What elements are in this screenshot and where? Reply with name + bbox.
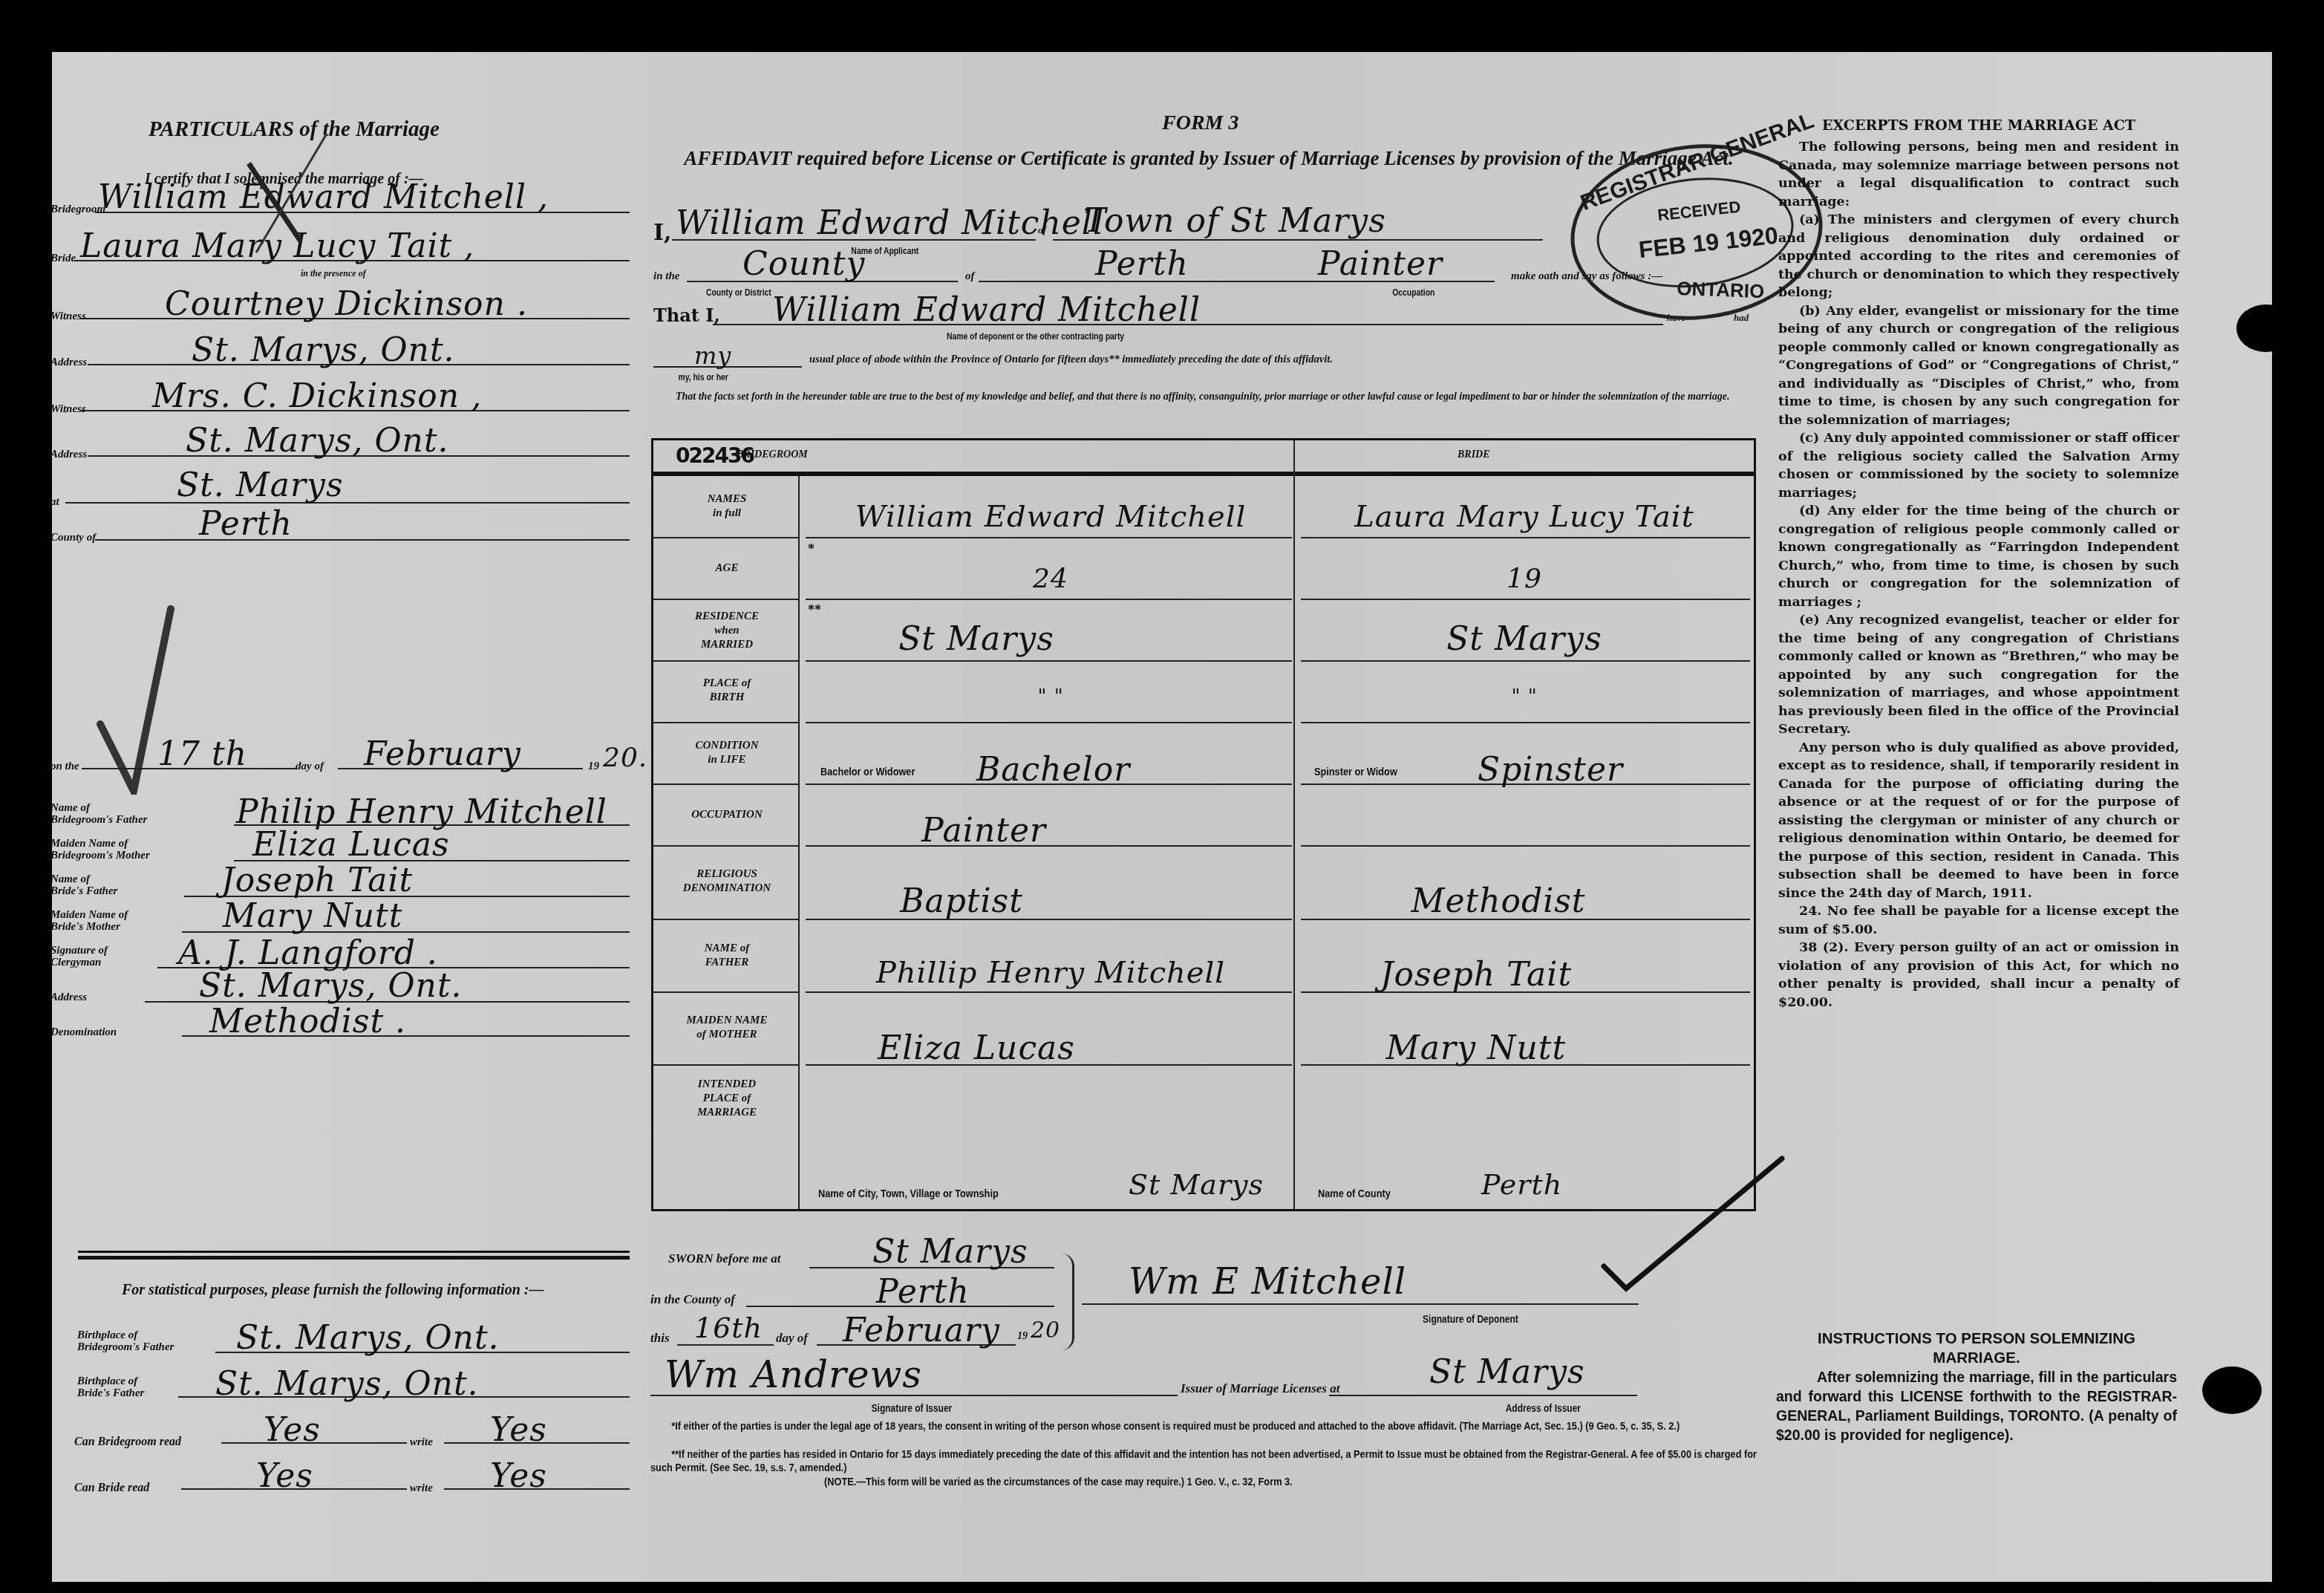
row-label-intended-place: INTENDED PLACE of MARRIAGE <box>653 1078 800 1120</box>
sworn-year-suffix: 20 <box>1031 1317 1060 1343</box>
bride-father-birthplace-value: St. Marys, Ont. <box>215 1365 479 1403</box>
issuer-address: St Marys <box>1429 1353 1585 1391</box>
row-label-condition: CONDITION in LIFE <box>653 739 800 767</box>
facts-text: That the facts set forth in the hereunde… <box>653 390 1745 404</box>
bride-condition: Spinster <box>1478 751 1623 789</box>
groom-residence: St Marys <box>806 620 1147 658</box>
col-header-bridegroom: BRIDEGROOM <box>737 449 808 461</box>
address-2-label: Address <box>50 449 87 460</box>
groom-birthplace: " " <box>806 685 1296 708</box>
groom-age: 24 <box>806 564 1296 594</box>
bride-read-value: Yes <box>256 1457 313 1495</box>
age-footnote-marker: * <box>808 541 815 557</box>
had-label: had <box>1734 312 1749 324</box>
sworn-month: February <box>843 1312 1000 1349</box>
groom-father-name: Phillip Henry Mitchell <box>806 956 1296 990</box>
pronoun-caption: my, his or her <box>678 371 728 382</box>
sworn-day: 16th <box>694 1312 763 1344</box>
at-value: St. Marys <box>177 466 344 504</box>
excerpt-residence: Any person who is duly qualified as abov… <box>1778 739 2179 903</box>
brace <box>1062 1254 1074 1350</box>
issuer-at-label: Issuer of Marriage Licenses at <box>1181 1381 1339 1396</box>
of-label: of <box>1038 224 1046 236</box>
bride-residence: St Marys <box>1298 620 1751 658</box>
groom-condition: Bachelor <box>976 751 1130 789</box>
groom-father-birthplace-value: St. Marys, Ont. <box>236 1319 500 1357</box>
excerpt-c: (c) Any duly appointed commissioner or s… <box>1778 429 2179 502</box>
row-label-occupation: OCCUPATION <box>653 808 800 822</box>
bride-mother-maiden: Mary Nutt <box>1298 1029 1654 1067</box>
sworn-year-prefix: 19 <box>1017 1331 1028 1343</box>
verification-check-icon <box>1596 1144 1789 1300</box>
groom-occupation: Painter <box>806 812 1162 850</box>
row-label-residence: RESIDENCE when MARRIED <box>653 610 800 652</box>
intended-city: St Marys <box>1129 1168 1264 1201</box>
occupation-value: Painter <box>1318 245 1443 283</box>
bride-condition-caption: Spinster or Widow <box>1314 766 1397 778</box>
county-value: Perth <box>199 505 293 543</box>
marriage-year-suffix: 20. <box>603 743 647 773</box>
punch-hole-top <box>2236 304 2296 352</box>
footnote-age: *If either of the parties is under the l… <box>650 1420 1761 1433</box>
deponent-name: William Edward Mitchell <box>772 291 1201 329</box>
day-of-label: day of <box>296 760 324 772</box>
witness-1-value: Courtney Dickinson . <box>165 285 528 323</box>
witness-2-label: Witness <box>50 403 86 415</box>
instructions-body: After solemnizing the marriage, fill in … <box>1776 1368 2177 1445</box>
issuer-address-caption: Address of Issuer <box>1506 1402 1581 1415</box>
clergy-address-value: St. Marys, Ont. <box>199 967 463 1005</box>
year-prefix: 19 <box>588 760 599 772</box>
excerpt-b: (b) Any elder, evangelist or missionary … <box>1778 302 2179 430</box>
address-2-value: St. Marys, Ont. <box>186 422 449 460</box>
groom-mother-maiden: Eliza Lucas <box>806 1029 1147 1067</box>
punch-hole-bottom <box>2202 1366 2262 1414</box>
sworn-label: SWORN before me at <box>668 1251 781 1266</box>
form-number: FORM 3 <box>1162 111 1238 135</box>
on-the-label: on the <box>50 760 79 772</box>
bride-write-value: Yes <box>490 1457 547 1495</box>
excerpts-title: EXCERPTS FROM THE MARRIAGE ACT <box>1778 117 2179 134</box>
of2-label: of <box>965 270 975 283</box>
col-header-bride: BRIDE <box>1458 449 1490 461</box>
bride-birthplace: " " <box>1298 685 1751 708</box>
witness-2-value: Mrs. C. Dickinson , <box>152 377 482 415</box>
footnote-note: (NOTE.—This form will be varied as the c… <box>824 1476 1608 1489</box>
intended-county-caption: Name of County <box>1318 1188 1391 1200</box>
issuer-signature: Wm Andrews <box>665 1353 922 1396</box>
deponent-signature: Wm E Mitchell <box>1129 1261 1406 1303</box>
excerpt-section-24: 24. No fee shall be payable for a licens… <box>1778 902 2179 939</box>
at-line <box>65 502 630 504</box>
bride-label: Bride <box>50 253 76 264</box>
in-the-label: in the <box>653 270 679 283</box>
bride-age: 19 <box>1298 564 1751 594</box>
that-i-label: That I, <box>653 304 720 326</box>
pronoun-value: my <box>694 342 731 370</box>
county-or-district-value: County <box>742 245 865 283</box>
marriage-day: 17 th <box>157 735 247 773</box>
marriage-month: February <box>364 735 521 773</box>
sworn-county-label: in the County of <box>650 1292 735 1307</box>
sworn-at-value: St Marys <box>872 1233 1028 1271</box>
county-caption: County or District <box>706 287 771 298</box>
this-label: this <box>650 1331 670 1346</box>
residence-footnote-marker: ** <box>808 602 821 618</box>
groom-write-value: Yes <box>490 1411 547 1449</box>
bride-full-name: Laura Mary Lucy Tait <box>1298 500 1751 534</box>
bride-father-name: Joseph Tait <box>1298 956 1654 994</box>
sworn-county-value: Perth <box>876 1273 970 1311</box>
groom-read-value: Yes <box>264 1411 321 1449</box>
footnote-residence: **If neither of the parties has resided … <box>650 1448 1761 1475</box>
cross-mark-icon <box>245 130 334 256</box>
intended-city-caption: Name of City, Town, Village or Township <box>818 1188 999 1200</box>
marriage-act-excerpts: EXCERPTS FROM THE MARRIAGE ACT The follo… <box>1778 117 2179 1011</box>
row-label-mother: MAIDEN NAME of MOTHER <box>653 1014 800 1042</box>
sworn-day-of-label: day of <box>776 1331 808 1346</box>
stamp-arc-bottom: ONTARIO <box>1677 277 1765 303</box>
excerpt-section-38: 38 (2). Every person guilty of an act or… <box>1778 939 2179 1011</box>
county-line <box>95 539 630 541</box>
issuer-signature-caption: Signature of Issuer <box>872 1402 953 1415</box>
excerpt-e: (e) Any recognized evangelist, teacher o… <box>1778 611 2179 739</box>
excerpt-d: (d) Any elder for the time being of the … <box>1778 502 2179 611</box>
row-label-names: NAMES in full <box>653 492 800 521</box>
county-label: County of <box>50 532 96 544</box>
row-label-father: NAME of FATHER <box>653 942 800 970</box>
bride-father-value: Joseph Tait <box>221 861 413 899</box>
intended-county: Perth <box>1481 1168 1562 1201</box>
divider <box>78 1256 630 1260</box>
bride-mother-value: Mary Nutt <box>223 897 402 935</box>
groom-denomination: Baptist <box>806 882 1117 920</box>
row-label-age: AGE <box>653 561 800 576</box>
county-name-value: Perth <box>1095 245 1189 283</box>
occupation-caption: Occupation <box>1392 287 1434 298</box>
bride-denomination: Methodist <box>1298 882 1699 920</box>
address-1-label: Address <box>50 356 87 368</box>
instructions-box: INSTRUCTIONS TO PERSON SOLEMNIZING MARRI… <box>1776 1329 2177 1445</box>
denomination-value: Methodist . <box>209 1003 406 1040</box>
divider <box>78 1251 630 1253</box>
in-presence-label: in the presence of <box>301 267 366 279</box>
deponent-signature-caption: Signature of Deponent <box>1423 1313 1518 1326</box>
applicant-town: Town of St Marys <box>1084 202 1386 240</box>
address-1-value: St. Marys, Ont. <box>192 331 455 369</box>
at-label: at <box>50 496 59 508</box>
abode-text: usual place of abode within the Province… <box>809 354 1333 366</box>
deponent-caption: Name of deponent or the other contractin… <box>947 330 1124 342</box>
groom-mother-value: Eliza Lucas <box>252 826 450 864</box>
witness-1-label: Witness <box>50 310 86 322</box>
instructions-title: INSTRUCTIONS TO PERSON SOLEMNIZING MARRI… <box>1776 1329 2177 1368</box>
particulars-table: 022436 BRIDEGROOM BRIDE NAMES in full AG… <box>651 438 1756 1211</box>
row-label-birthplace: PLACE of BIRTH <box>653 677 800 705</box>
applicant-name: William Edward Mitchell <box>676 204 1104 242</box>
affidavit-title: AFFIDAVIT required before License or Cer… <box>652 146 1766 170</box>
statistical-intro: For statistical purposes, please furnish… <box>77 1277 630 1303</box>
excerpt-a: (a) The ministers and clergymen of every… <box>1778 211 2179 302</box>
row-label-denomination: RELIGIOUS DENOMINATION <box>653 867 800 896</box>
excerpt-intro: The following persons, being men and res… <box>1778 138 2179 211</box>
table-header: 022436 BRIDEGROOM BRIDE <box>653 440 1754 476</box>
i-label: I, <box>653 220 671 246</box>
groom-condition-caption: Bachelor or Widower <box>820 766 915 778</box>
groom-full-name: William Edward Mitchell <box>806 500 1296 534</box>
